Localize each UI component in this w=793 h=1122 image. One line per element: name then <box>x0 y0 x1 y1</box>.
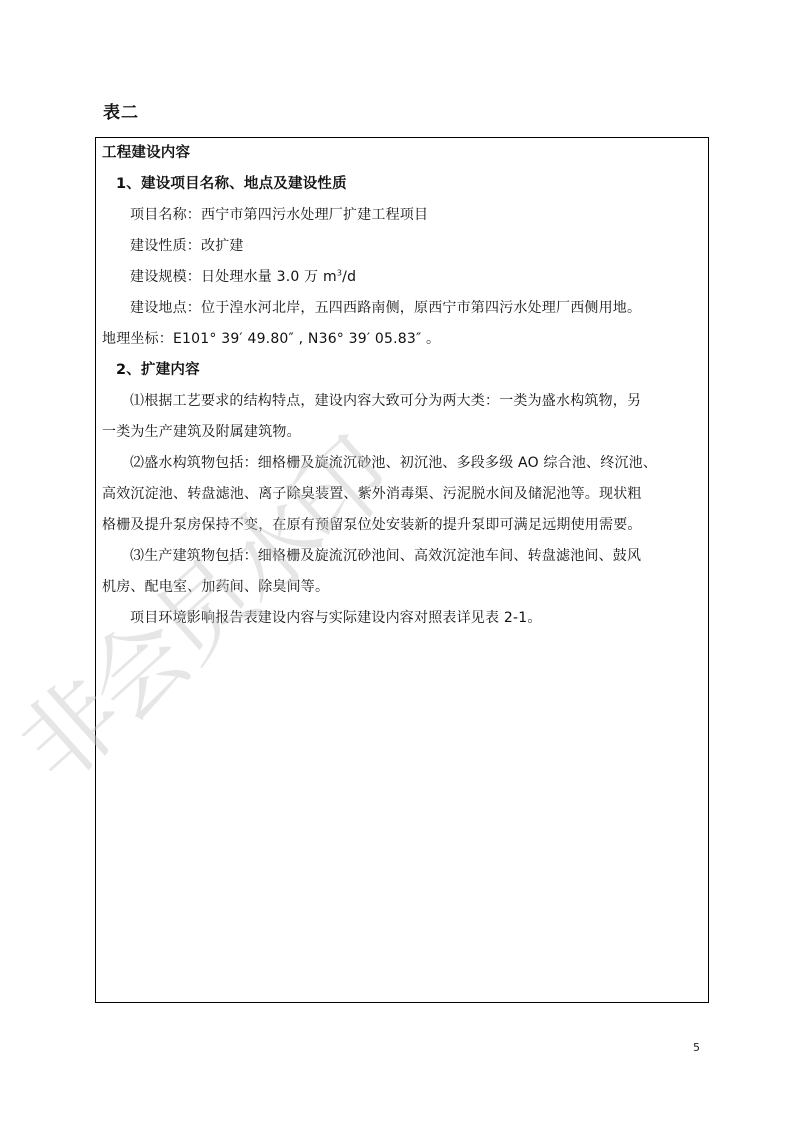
subsection-1-title: 1、建设项目名称、地点及建设性质 <box>102 169 702 200</box>
page-heading: 表二 <box>103 100 139 126</box>
scale-prefix: 建设规模：日处理水量 3.0 万 m <box>130 269 337 285</box>
para4: 项目环境影响报告表建设内容与实际建设内容对照表详见表 2-1。 <box>102 603 702 634</box>
para2-line2: 高效沉淀池、转盘滤池、离子除臭装置、紫外消毒渠、污泥脱水间及储泥池等。现状粗 <box>102 479 702 510</box>
para1-line1: ⑴根据工艺要求的结构特点，建设内容大致可分为两大类：一类为盛水构筑物，另 <box>102 386 702 417</box>
para2-line1: ⑵盛水构筑物包括：细格栅及旋流沉砂池、初沉池、多段多级 AO 综合池、终沉池、 <box>102 448 702 479</box>
construction-scale: 建设规模：日处理水量 3.0 万 m3/d <box>102 262 702 293</box>
section-title: 工程建设内容 <box>102 138 702 169</box>
page-number: 5 <box>693 1041 700 1054</box>
para3-line2: 机房、配电室、加药间、除臭间等。 <box>102 572 702 603</box>
scale-suffix: /d <box>342 269 356 285</box>
construction-nature: 建设性质：改扩建 <box>102 231 702 262</box>
para1-line2: 一类为生产建筑及附属建筑物。 <box>102 417 702 448</box>
project-name: 项目名称：西宁市第四污水处理厂扩建工程项目 <box>102 200 702 231</box>
content-box: 工程建设内容 1、建设项目名称、地点及建设性质 项目名称：西宁市第四污水处理厂扩… <box>95 137 709 1003</box>
location-line-1: 建设地点：位于湟水河北岸，五四西路南侧，原西宁市第四污水处理厂西侧用地。 <box>102 293 702 324</box>
box-content: 工程建设内容 1、建设项目名称、地点及建设性质 项目名称：西宁市第四污水处理厂扩… <box>102 138 702 634</box>
para3-line1: ⑶生产建筑物包括：细格栅及旋流沉砂池间、高效沉淀池车间、转盘滤池间、鼓风 <box>102 541 702 572</box>
para2-line3: 格栅及提升泵房保持不变，在原有预留泵位处安装新的提升泵即可满足远期使用需要。 <box>102 510 702 541</box>
subsection-2-title: 2、扩建内容 <box>102 355 702 386</box>
location-line-2: 地理坐标：E101° 39′ 49.80″ , N36° 39′ 05.83″ … <box>102 324 702 355</box>
